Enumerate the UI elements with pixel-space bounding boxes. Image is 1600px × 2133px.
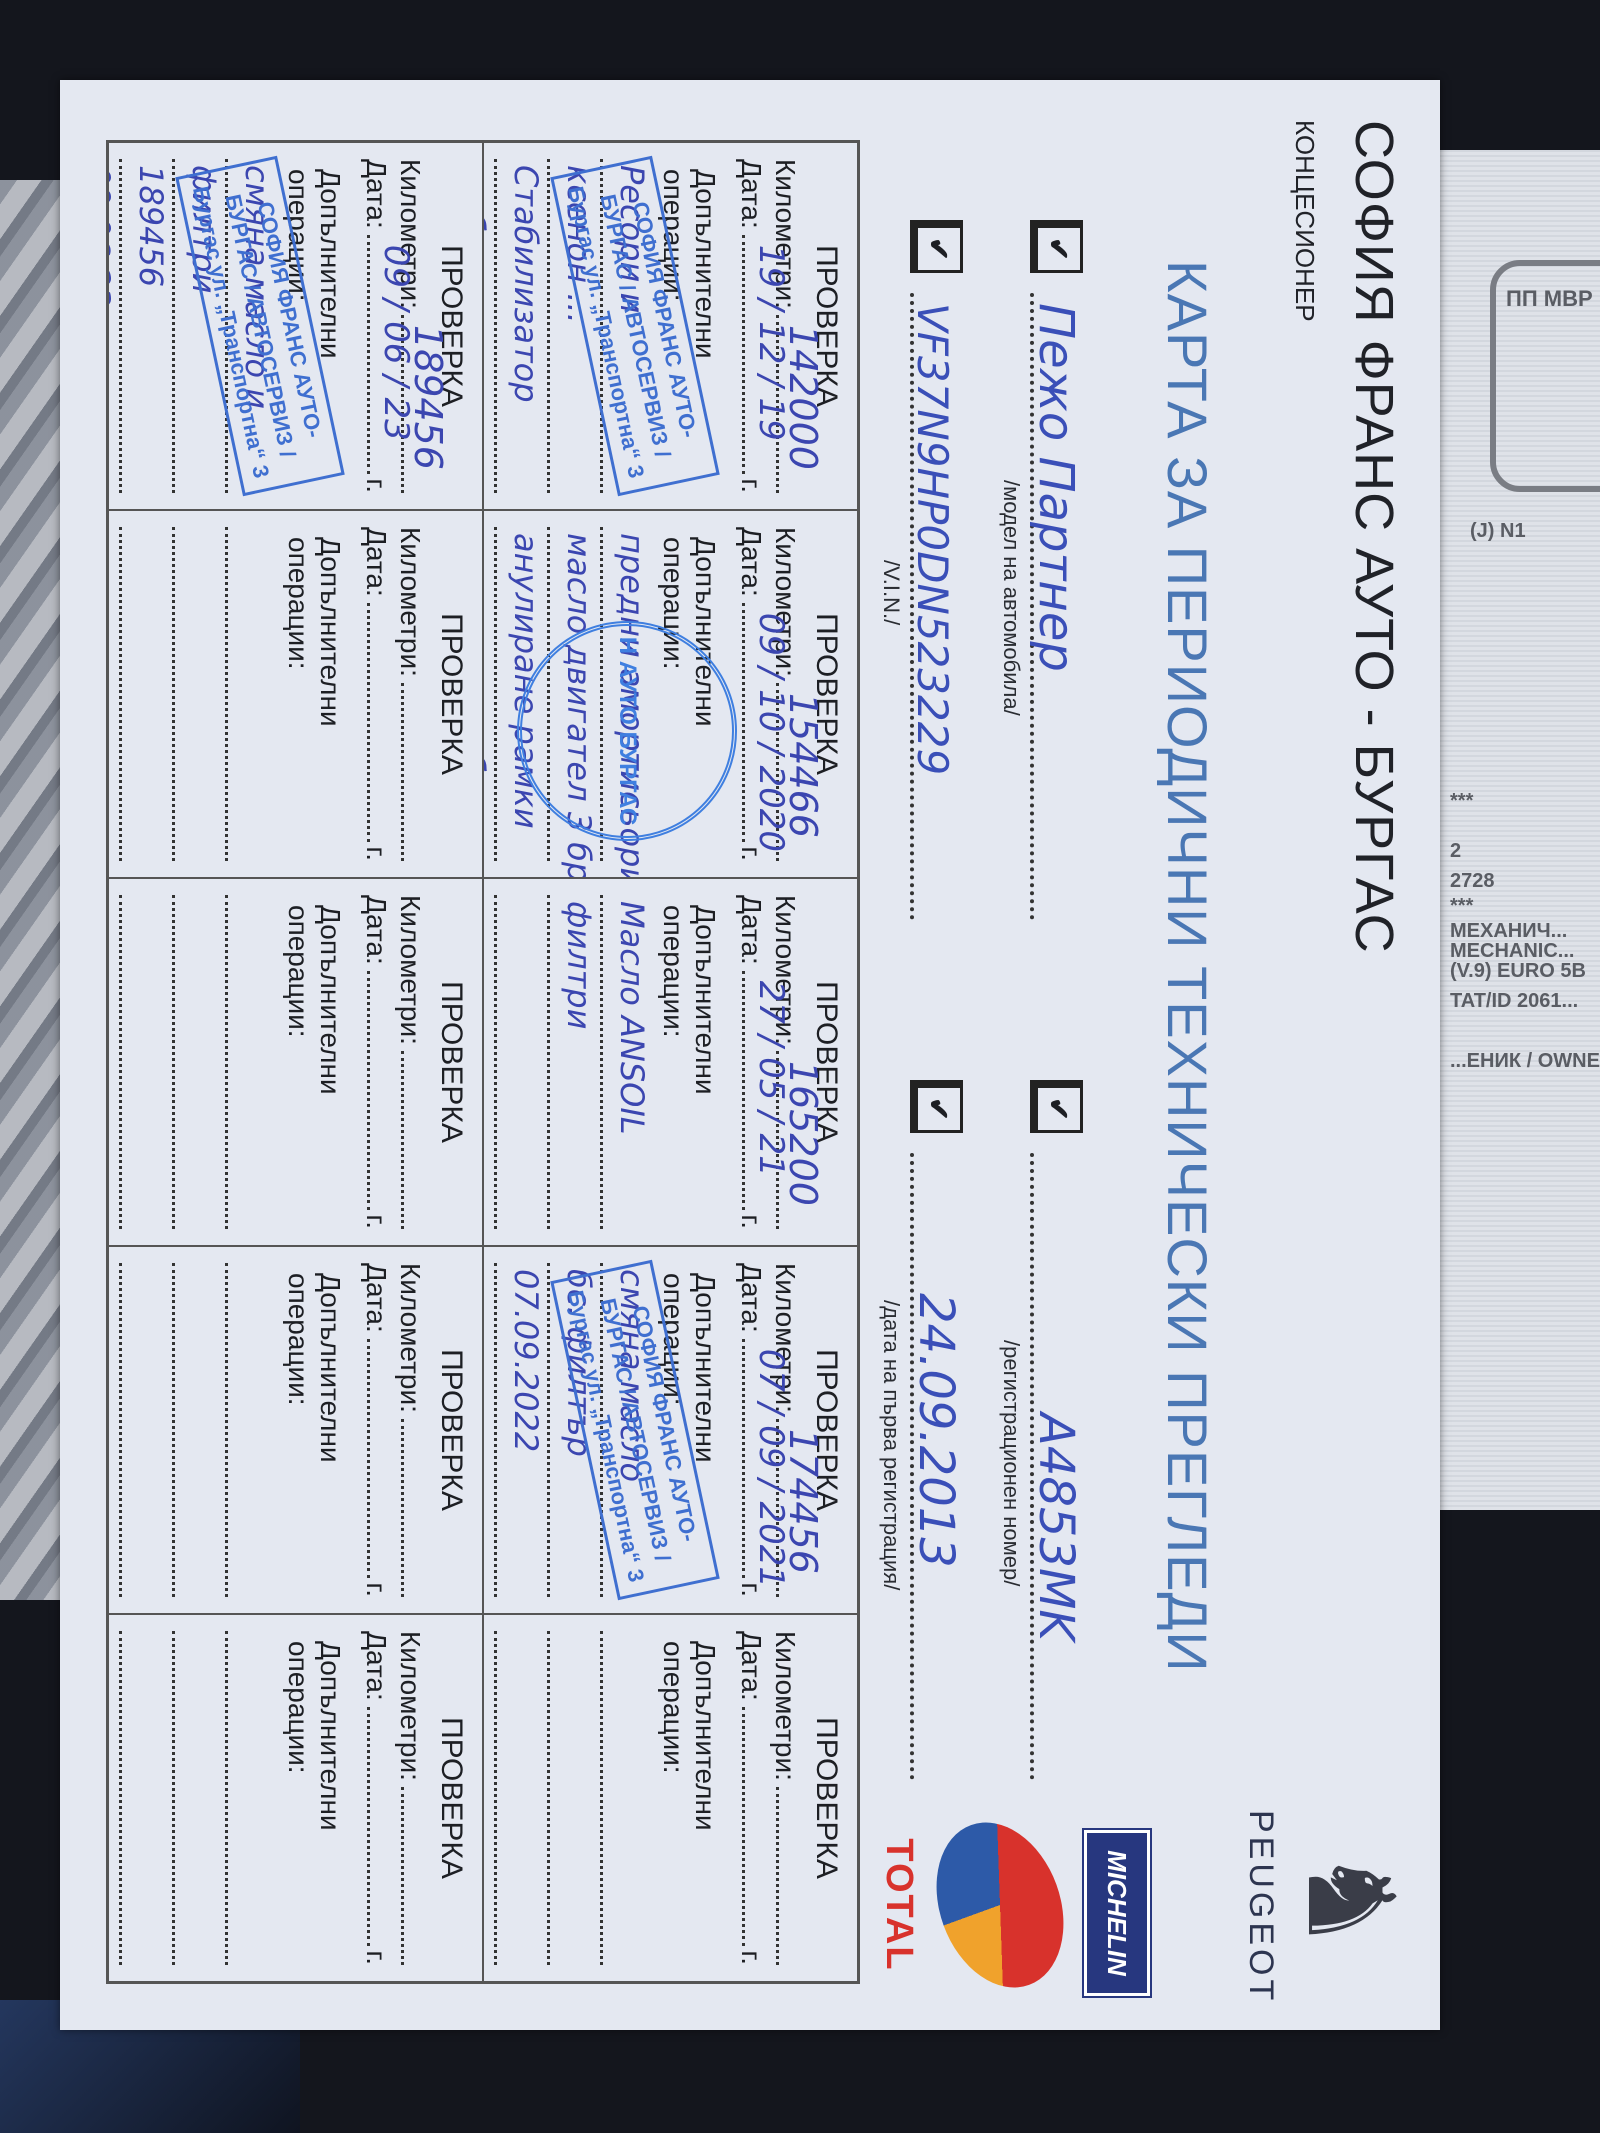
extra-op-entry: филтри xyxy=(560,901,598,1029)
km-label: Километри: xyxy=(769,1631,801,1781)
dealer-subtitle: КОНЦЕСИОНЕР xyxy=(1289,120,1320,322)
vin-caption: /V.I.N./ xyxy=(878,560,904,625)
date-row: Дата: 09 / 06 / 23 г. xyxy=(360,159,394,493)
vin-field: ✔ VF37N9HP0DN523229 /V.I.N./ xyxy=(910,220,990,920)
model-caption: /модел на автомобила/ xyxy=(998,480,1024,716)
date-label: Дата: xyxy=(735,1631,767,1701)
dealer-name: СОФИЯ ФРАНС АУТО - БУРГАС xyxy=(1343,120,1405,954)
extra-op-entry: Стабилизатор xyxy=(507,165,545,403)
first-registration-field: ✔ 24.09.2013 /дата на първа регистрация/ xyxy=(910,1080,990,1780)
inspection-cell: ПРОВЕРКА Километри: 154466 Дата: 09 / 10… xyxy=(483,510,858,878)
inspection-cell: ПРОВЕРКА Километри: 174456 Дата: 07 / 09… xyxy=(483,1246,858,1614)
registration-doc-line: 2728 xyxy=(1450,870,1495,893)
date-label: Дата: xyxy=(360,527,392,597)
date-label: Дата: xyxy=(360,895,392,965)
round-service-stamp: Н АУТО БУРГАС xyxy=(517,621,737,841)
date-row: Дата: г. xyxy=(360,895,394,1229)
extra-ops-label: Допълнителни операции: xyxy=(282,895,346,1229)
total-wordmark: TOTAL xyxy=(877,1810,920,2000)
date-label: Дата: xyxy=(360,1263,392,1333)
inspections-grid: ПРОВЕРКА Километри: 142000 Дата: 19 / 12… xyxy=(106,140,860,1984)
km-row: Километри: xyxy=(394,1631,428,1965)
extra-ops-label: Допълнителни операции: xyxy=(657,1631,721,1965)
inspection-cell: ПРОВЕРКА Километри: Дата: г. Допълнителн… xyxy=(108,1246,483,1614)
year-suffix: г. xyxy=(735,1214,767,1229)
date-row: Дата: 07 / 09 / 2021 г. xyxy=(735,1263,769,1597)
extra-ops-label: Допълнителни операции: xyxy=(657,895,721,1229)
extra-ops-label: Допълнителни операции: xyxy=(282,1263,346,1597)
year-suffix: г. xyxy=(735,478,767,493)
inspection-heading: ПРОВЕРКА xyxy=(434,1631,468,1965)
date-row: Дата: г. xyxy=(360,1631,394,1965)
mvr-stamp-text: ПП МВР xyxy=(1506,286,1593,312)
model-field: ✔ Пежо Партнер /модел на автомобила/ xyxy=(1030,220,1110,920)
extra-op-entry: ремъци и дюбели xyxy=(483,533,492,833)
mvr-stamp: ПП МВР xyxy=(1490,260,1600,492)
km-label: Километри: xyxy=(394,1631,426,1781)
peugeot-lion-icon: ♞ xyxy=(1280,1810,1420,1990)
registration-doc-line: ...ЕНИК / OWNE... xyxy=(1450,1050,1600,1073)
first-registration-caption: /дата на първа регистрация/ xyxy=(878,1300,904,1590)
date-label: Дата: xyxy=(735,895,767,965)
year-suffix: г. xyxy=(360,846,392,861)
registration-doc-line: TAT/ID 2061... xyxy=(1450,990,1578,1013)
date-value: 27 / 05 / 21 xyxy=(751,981,791,1177)
year-suffix: г. xyxy=(735,1950,767,1965)
inspection-cell: ПРОВЕРКА Километри: 165200 Дата: 27 / 05… xyxy=(483,878,858,1246)
date-row: Дата: г. xyxy=(735,1631,769,1965)
inspection-cell: ПРОВЕРКА Километри: 142000 Дата: 19 / 12… xyxy=(483,142,858,510)
date-row: Дата: г. xyxy=(360,1263,394,1597)
extra-ops-label: Допълнителни операции: xyxy=(282,1631,346,1965)
date-label: Дата: xyxy=(735,1263,767,1333)
service-card: СОФИЯ ФРАНС АУТО - БУРГАС КОНЦЕСИОНЕР КА… xyxy=(60,80,1440,2030)
extra-op-entry: за буша на иглите xyxy=(483,165,492,477)
date-label: Дата: xyxy=(735,159,767,229)
total-orb-icon xyxy=(915,1805,1086,2006)
km-row: Километри: xyxy=(394,1263,428,1597)
checkbox-icon: ✔ xyxy=(910,1080,963,1133)
year-suffix: г. xyxy=(360,1214,392,1229)
km-label: Километри: xyxy=(394,1263,426,1413)
extra-op-entry: 189456 xyxy=(132,165,170,287)
extra-ops-label: Допълнителни операции: xyxy=(282,527,346,861)
registration-number-caption: /регистрационен номер/ xyxy=(998,1340,1024,1586)
km-label: Километри: xyxy=(394,527,426,677)
inspection-cell: ПРОВЕРКА Километри: Дата: г. Допълнителн… xyxy=(108,510,483,878)
vin-value: VF37N9HP0DN523229 xyxy=(908,303,957,775)
michelin-logo: MICHELIN xyxy=(1084,1830,1150,1996)
date-row: Дата: г. xyxy=(360,527,394,861)
registration-doc-line: *** xyxy=(1450,790,1473,813)
inspection-heading: ПРОВЕРКА xyxy=(809,1631,843,1965)
inspection-heading: ПРОВЕРКА xyxy=(434,527,468,861)
km-row: Километри: xyxy=(769,1631,803,1965)
registration-doc-line: 2 xyxy=(1450,840,1461,863)
date-label: Дата: xyxy=(360,1631,392,1701)
date-label: Дата: xyxy=(735,527,767,597)
inspection-heading: ПРОВЕРКА xyxy=(434,1263,468,1597)
registration-doc-line: (J) N1 xyxy=(1470,520,1526,543)
registration-number-field: ✔ A4853MK /регистрационен номер/ xyxy=(1030,1080,1110,1780)
registration-doc-line: *** xyxy=(1450,895,1473,918)
date-value: 09 / 10 / 2020 xyxy=(751,613,791,852)
year-suffix: г. xyxy=(360,478,392,493)
date-value: 07 / 09 / 2021 xyxy=(751,1349,791,1588)
date-value: 09 / 06 / 23 xyxy=(376,245,416,441)
checkbox-icon: ✔ xyxy=(1030,220,1083,273)
date-label: Дата: xyxy=(360,159,392,229)
registration-number-value: A4853MK xyxy=(1028,1413,1084,1641)
extra-op-entry: Масло ANSOIL xyxy=(613,901,651,1135)
vehicle-registration-document: ПП МВР (J) N1***22728***МЕХАНИЧ...MECHAN… xyxy=(1420,150,1600,1510)
extra-op-entry: 09.06.23 xyxy=(108,165,117,308)
year-suffix: г. xyxy=(360,1950,392,1965)
inspection-heading: ПРОВЕРКА xyxy=(434,895,468,1229)
inspection-cell: ПРОВЕРКА Километри: Дата: г. Допълнителн… xyxy=(108,1614,483,1982)
extra-op-entry: 07.09.2022 xyxy=(507,1269,545,1452)
total-logo: TOTAL xyxy=(860,1810,1060,2000)
year-suffix: г. xyxy=(360,1582,392,1597)
date-row: Дата: 27 / 05 / 21 г. xyxy=(735,895,769,1229)
peugeot-logo: ♞ PEUGEOT xyxy=(1180,1810,1420,1990)
first-registration-value: 24.09.2013 xyxy=(908,1293,964,1568)
date-row: Дата: 19 / 12 / 19 г. xyxy=(735,159,769,493)
date-value: 19 / 12 / 19 xyxy=(751,245,791,441)
peugeot-wordmark: PEUGEOT xyxy=(1241,1810,1280,1990)
km-row: Километри: xyxy=(394,527,428,861)
inspection-cell: ПРОВЕРКА Километри: Дата: г. Допълнителн… xyxy=(483,1614,858,1982)
inspection-cell: ПРОВЕРКА Километри: Дата: г. Допълнителн… xyxy=(108,878,483,1246)
registration-doc-line: (V.9) EURO 5B xyxy=(1450,960,1586,983)
checkbox-icon: ✔ xyxy=(1030,1080,1083,1133)
km-row: Километри: xyxy=(394,895,428,1229)
card-title: КАРТА ЗА ПЕРИОДИЧНИ ТЕХНИЧЕСКИ ПРЕГЛЕДИ xyxy=(1155,260,1220,1673)
date-row: Дата: 09 / 10 / 2020 г. xyxy=(735,527,769,861)
checkbox-icon: ✔ xyxy=(910,220,963,273)
model-value: Пежо Партнер xyxy=(1028,303,1084,672)
km-label: Километри: xyxy=(394,895,426,1045)
inspection-cell: ПРОВЕРКА Километри: 189456 Дата: 09 / 06… xyxy=(108,142,483,510)
